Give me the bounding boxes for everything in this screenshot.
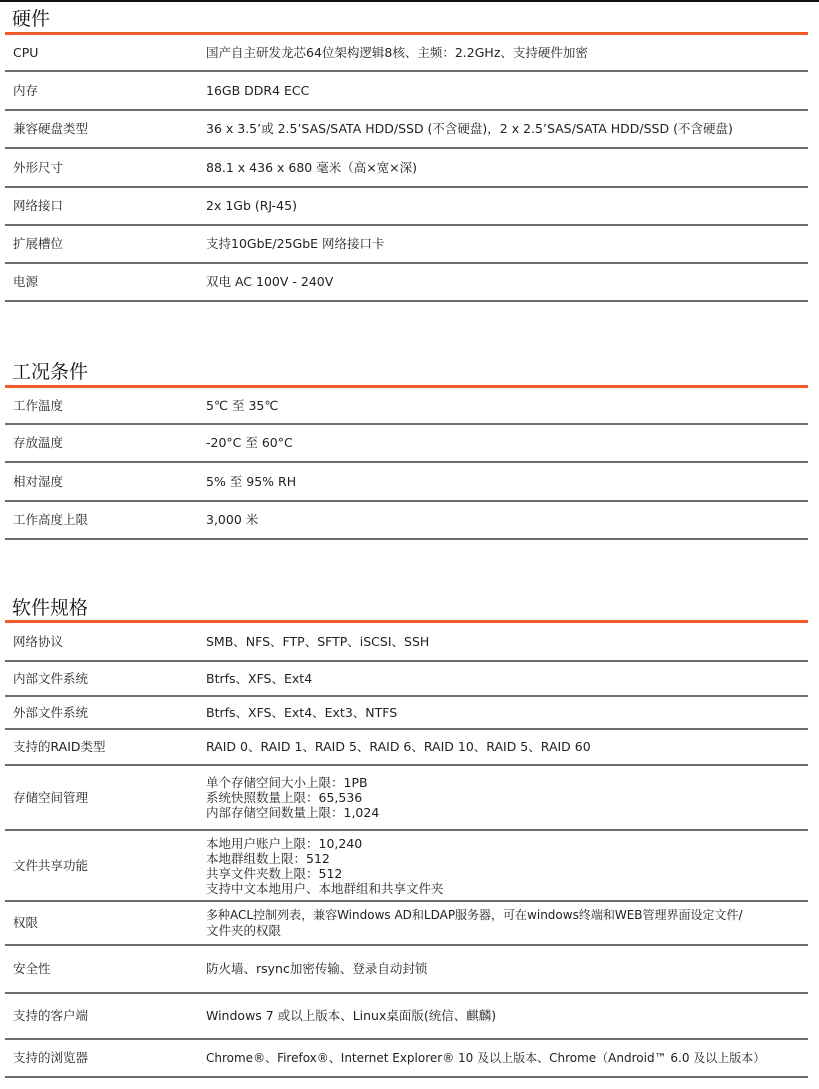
spec-row-cpu: CPU 国产自主研发龙芯64位架构逻辑8核、主频：2.2GHz、支持硬件加密 [5,35,808,72]
spec-value-line: 单个存储空间大小上限：1PB [206,775,808,790]
spec-value-line: 共享文件夹数上限：512 [206,866,808,881]
spec-value: 36 x 3.5’或 2.5’SAS/SATA HDD/SSD (不含硬盘)，2… [206,121,808,137]
spec-value: 支持10GbE/25GbE 网络接口卡 [206,236,808,252]
spec-label: 网络协议 [5,634,206,650]
spec-label: 扩展槽位 [5,236,206,252]
spec-label: 存放温度 [5,435,206,451]
spec-row-file-sharing: 文件共享功能 本地用户账户上限：10,240 本地群组数上限：512 共享文件夹… [5,831,808,902]
spec-row-power: 电源 双电 AC 100V - 240V [5,264,808,302]
spec-label: 支持的RAID类型 [5,739,206,755]
spec-value-line: 系统快照数量上限：65,536 [206,790,808,805]
spec-value: 单个存储空间大小上限：1PB 系统快照数量上限：65,536 内部存储空间数量上… [206,775,808,820]
spec-label: 工作温度 [5,398,206,414]
spec-value-line: 本地群组数上限：512 [206,851,808,866]
spec-label: 存储空间管理 [5,790,206,806]
spec-value: Chrome®、Firefox®、Internet Explorer® 10 及… [206,1050,808,1066]
spec-value: Btrfs、XFS、Ext4 [206,671,808,687]
spec-value-line: 文件夹的权限 [206,923,808,938]
spec-value: 多种ACL控制列表，兼容Windows AD和LDAP服务器，可在windows… [206,908,808,938]
spec-value: -20°C 至 60°C [206,435,808,451]
spec-value: 5℃ 至 35℃ [206,398,808,414]
spec-row-operating-temp: 工作温度 5℃ 至 35℃ [5,388,808,425]
section-title: 硬件 [5,8,808,30]
spec-value: SMB、NFS、FTP、SFTP、iSCSI、SSH [206,634,808,650]
spec-label: 网络接口 [5,198,206,214]
spec-value-line: 多种ACL控制列表，兼容Windows AD和LDAP服务器，可在windows… [206,908,808,923]
spec-value: 防火墙、rsync加密传输、登录自动封锁 [206,961,808,977]
spec-label: 外部文件系统 [5,705,206,721]
section-software: 软件规格 网络协议 SMB、NFS、FTP、SFTP、iSCSI、SSH 内部文… [5,597,808,1078]
spec-label: 内存 [5,83,206,99]
section-hardware: 硬件 CPU 国产自主研发龙芯64位架构逻辑8核、主频：2.2GHz、支持硬件加… [5,8,808,302]
spec-label: 安全性 [5,961,206,977]
spec-value: 本地用户账户上限：10,240 本地群组数上限：512 共享文件夹数上限：512… [206,836,808,896]
spec-label: 兼容硬盘类型 [5,121,206,137]
spec-row-external-fs: 外部文件系统 Btrfs、XFS、Ext4、Ext3、NTFS [5,697,808,730]
spec-value: 3,000 米 [206,512,808,528]
spec-value: 2x 1Gb (RJ-45) [206,198,808,214]
spec-row-browsers: 支持的浏览器 Chrome®、Firefox®、Internet Explore… [5,1040,808,1078]
spec-value: 双电 AC 100V - 240V [206,274,808,290]
section-operating-conditions: 工况条件 工作温度 5℃ 至 35℃ 存放温度 -20°C 至 60°C 相对湿… [5,361,808,540]
spec-row-storage-temp: 存放温度 -20°C 至 60°C [5,425,808,463]
spec-label: 外形尺寸 [5,160,206,176]
spec-row-clients: 支持的客户端 Windows 7 或以上版本、Linux桌面版(统信、麒麟) [5,994,808,1040]
section-title: 工况条件 [5,361,808,383]
spec-value-line: 本地用户账户上限：10,240 [206,836,808,851]
spec-row-memory: 内存 16GB DDR4 ECC [5,72,808,111]
spec-label: 相对湿度 [5,474,206,490]
spec-row-raid-types: 支持的RAID类型 RAID 0、RAID 1、RAID 5、RAID 6、RA… [5,730,808,766]
top-border [0,0,819,2]
spec-label: 权限 [5,915,206,931]
spec-value: Btrfs、XFS、Ext4、Ext3、NTFS [206,705,808,721]
spec-label: 内部文件系统 [5,671,206,687]
spec-label: 支持的浏览器 [5,1050,206,1066]
spec-label: 工作高度上限 [5,512,206,528]
spec-row-storage-management: 存储空间管理 单个存储空间大小上限：1PB 系统快照数量上限：65,536 内部… [5,766,808,831]
spec-row-altitude: 工作高度上限 3,000 米 [5,502,808,540]
spec-row-security: 安全性 防火墙、rsync加密传输、登录自动封锁 [5,946,808,994]
spec-value: 88.1 x 436 x 680 毫米（高×宽×深) [206,160,808,176]
spec-row-expansion-slots: 扩展槽位 支持10GbE/25GbE 网络接口卡 [5,226,808,264]
spec-value: Windows 7 或以上版本、Linux桌面版(统信、麒麟) [206,1008,808,1024]
spec-row-internal-fs: 内部文件系统 Btrfs、XFS、Ext4 [5,662,808,697]
spec-label: 文件共享功能 [5,858,206,874]
spec-value: 5% 至 95% RH [206,474,808,490]
spec-label: 电源 [5,274,206,290]
spec-value-line: 支持中文本地用户、本地群组和共享文件夹 [206,881,808,896]
spec-row-drive-types: 兼容硬盘类型 36 x 3.5’或 2.5’SAS/SATA HDD/SSD (… [5,111,808,149]
spec-value: RAID 0、RAID 1、RAID 5、RAID 6、RAID 10、RAID… [206,739,808,755]
spec-row-dimensions: 外形尺寸 88.1 x 436 x 680 毫米（高×宽×深) [5,149,808,188]
spec-value-line: 内部存储空间数量上限：1,024 [206,805,808,820]
spec-value: 16GB DDR4 ECC [206,83,808,99]
spec-row-network-protocols: 网络协议 SMB、NFS、FTP、SFTP、iSCSI、SSH [5,623,808,662]
spec-value: 国产自主研发龙芯64位架构逻辑8核、主频：2.2GHz、支持硬件加密 [206,45,808,61]
spec-row-permissions: 权限 多种ACL控制列表，兼容Windows AD和LDAP服务器，可在wind… [5,902,808,946]
spec-row-network-ports: 网络接口 2x 1Gb (RJ-45) [5,188,808,226]
spec-row-humidity: 相对湿度 5% 至 95% RH [5,463,808,502]
spec-label: 支持的客户端 [5,1008,206,1024]
section-title: 软件规格 [5,597,808,619]
spec-label: CPU [5,45,206,61]
